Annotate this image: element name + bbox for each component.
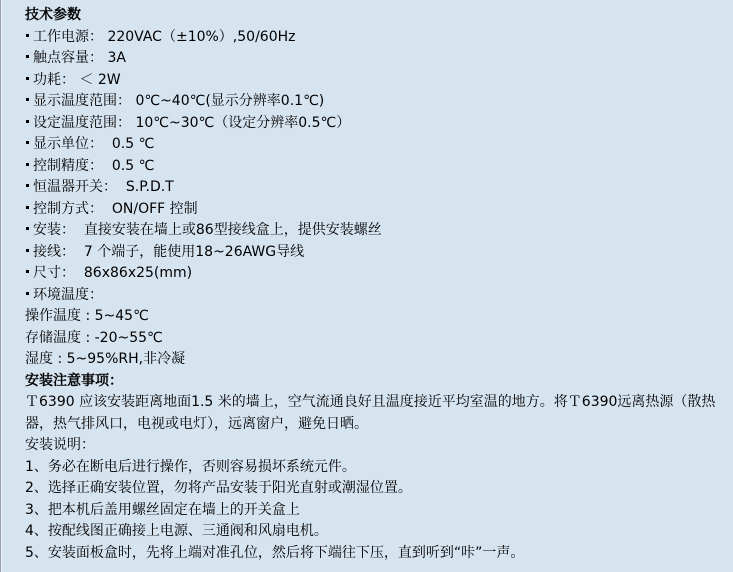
doc-line: 操作温度 : 5~45℃: [25, 306, 721, 328]
bullet-icon: [26, 184, 29, 187]
doc-line: 湿度 : 5~95%RH,非冷凝: [25, 349, 721, 371]
bullet-icon: [26, 120, 29, 123]
bullet-icon: [26, 163, 29, 166]
line-text: 安装说明：: [25, 437, 95, 453]
doc-line: 环境温度：: [25, 285, 721, 307]
doc-line: 尺寸： 86x86x25(mm): [25, 263, 721, 285]
doc-line: Ｔ6390 应该安装距离地面1.5 米的墙上，空气流通良好且温度接近平均室温的地…: [25, 392, 721, 435]
doc-line: 显示单位： 0.5 ℃: [25, 134, 721, 156]
bullet-icon: [26, 227, 29, 230]
bullet-icon: [26, 98, 29, 101]
line-text: 操作温度 : 5~45℃: [25, 308, 149, 324]
bullet-icon: [26, 249, 29, 252]
doc-line: 存储温度 : -20~55℃: [25, 328, 721, 350]
line-text: 显示温度范围： 0℃~40℃(显示分辨率0.1℃): [33, 93, 324, 109]
bullet-icon: [26, 141, 29, 144]
doc-line: 显示温度范围： 0℃~40℃(显示分辨率0.1℃): [25, 91, 721, 113]
line-text: 功耗： ＜ 2W: [33, 72, 121, 88]
line-text: 4、按配线图正确接上电源、三通阀和风扇电机。: [25, 523, 328, 539]
line-text: 设定温度范围： 10℃~30℃（设定分辨率0.5℃）: [33, 115, 350, 131]
doc-line: 安装说明：: [25, 435, 721, 457]
line-text: 触点容量： 3A: [33, 50, 126, 66]
doc-line: 控制精度： 0.5 ℃: [25, 156, 721, 178]
doc-line: 工作电源： 220VAC（±10%）,50/60Hz: [25, 27, 721, 49]
line-text: 5、安装面板盒时，先将上端对准孔位，然后将下端往下压，直到听到“咔”一声。: [25, 545, 524, 561]
line-text: 3、把本机后盖用螺丝固定在墙上的开关盒上: [25, 502, 300, 518]
bullet-icon: [26, 292, 29, 295]
line-text: 安装： 直接安装在墙上或86型接线盒上，提供安装螺丝: [33, 222, 382, 238]
doc-line: 5、安装面板盒时，先将上端对准孔位，然后将下端往下压，直到听到“咔”一声。: [25, 543, 721, 565]
line-text: 技术参数: [25, 7, 81, 23]
line-text: 存储温度 : -20~55℃: [25, 330, 163, 346]
bullet-icon: [26, 270, 29, 273]
section-heading: 安装注意事项：: [25, 371, 721, 393]
spec-document-page: 技术参数工作电源： 220VAC（±10%）,50/60Hz触点容量： 3A功耗…: [0, 0, 733, 572]
line-text: 控制精度： 0.5 ℃: [33, 158, 154, 174]
line-text: 尺寸： 86x86x25(mm): [33, 265, 192, 281]
doc-line: 接线： 7 个端子，能使用18~26AWG导线: [25, 242, 721, 264]
line-text: 显示单位： 0.5 ℃: [33, 136, 154, 152]
line-text: 接线： 7 个端子，能使用18~26AWG导线: [33, 244, 304, 260]
document-body: 技术参数工作电源： 220VAC（±10%）,50/60Hz触点容量： 3A功耗…: [25, 5, 721, 564]
line-text: 工作电源： 220VAC（±10%）,50/60Hz: [33, 29, 295, 45]
doc-line: 2、选择正确安装位置，勿将产品安装于阳光直射或潮湿位置。: [25, 478, 721, 500]
bullet-icon: [26, 34, 29, 37]
line-text: 环境温度：: [33, 287, 103, 303]
bullet-icon: [26, 77, 29, 80]
line-text: 控制方式： ON/OFF 控制: [33, 201, 198, 217]
line-text: 安装注意事项：: [25, 373, 123, 389]
doc-line: 设定温度范围： 10℃~30℃（设定分辨率0.5℃）: [25, 113, 721, 135]
line-text: 2、选择正确安装位置，勿将产品安装于阳光直射或潮湿位置。: [25, 480, 412, 496]
section-heading: 技术参数: [25, 5, 721, 27]
doc-line: 1、务必在断电后进行操作，否则容易损坏系统元件。: [25, 457, 721, 479]
bullet-icon: [26, 206, 29, 209]
bullet-icon: [26, 55, 29, 58]
line-text: 恒温器开关： S.P.D.T: [33, 179, 174, 195]
line-text: 1、务必在断电后进行操作，否则容易损坏系统元件。: [25, 459, 356, 475]
doc-line: 3、把本机后盖用螺丝固定在墙上的开关盒上: [25, 500, 721, 522]
doc-line: 恒温器开关： S.P.D.T: [25, 177, 721, 199]
line-text: Ｔ6390 应该安装距离地面1.5 米的墙上，空气流通良好且温度接近平均室温的地…: [25, 394, 715, 432]
doc-line: 功耗： ＜ 2W: [25, 70, 721, 92]
doc-line: 控制方式： ON/OFF 控制: [25, 199, 721, 221]
doc-line: 触点容量： 3A: [25, 48, 721, 70]
line-text: 湿度 : 5~95%RH,非冷凝: [25, 351, 185, 367]
doc-line: 4、按配线图正确接上电源、三通阀和风扇电机。: [25, 521, 721, 543]
doc-line: 安装： 直接安装在墙上或86型接线盒上，提供安装螺丝: [25, 220, 721, 242]
